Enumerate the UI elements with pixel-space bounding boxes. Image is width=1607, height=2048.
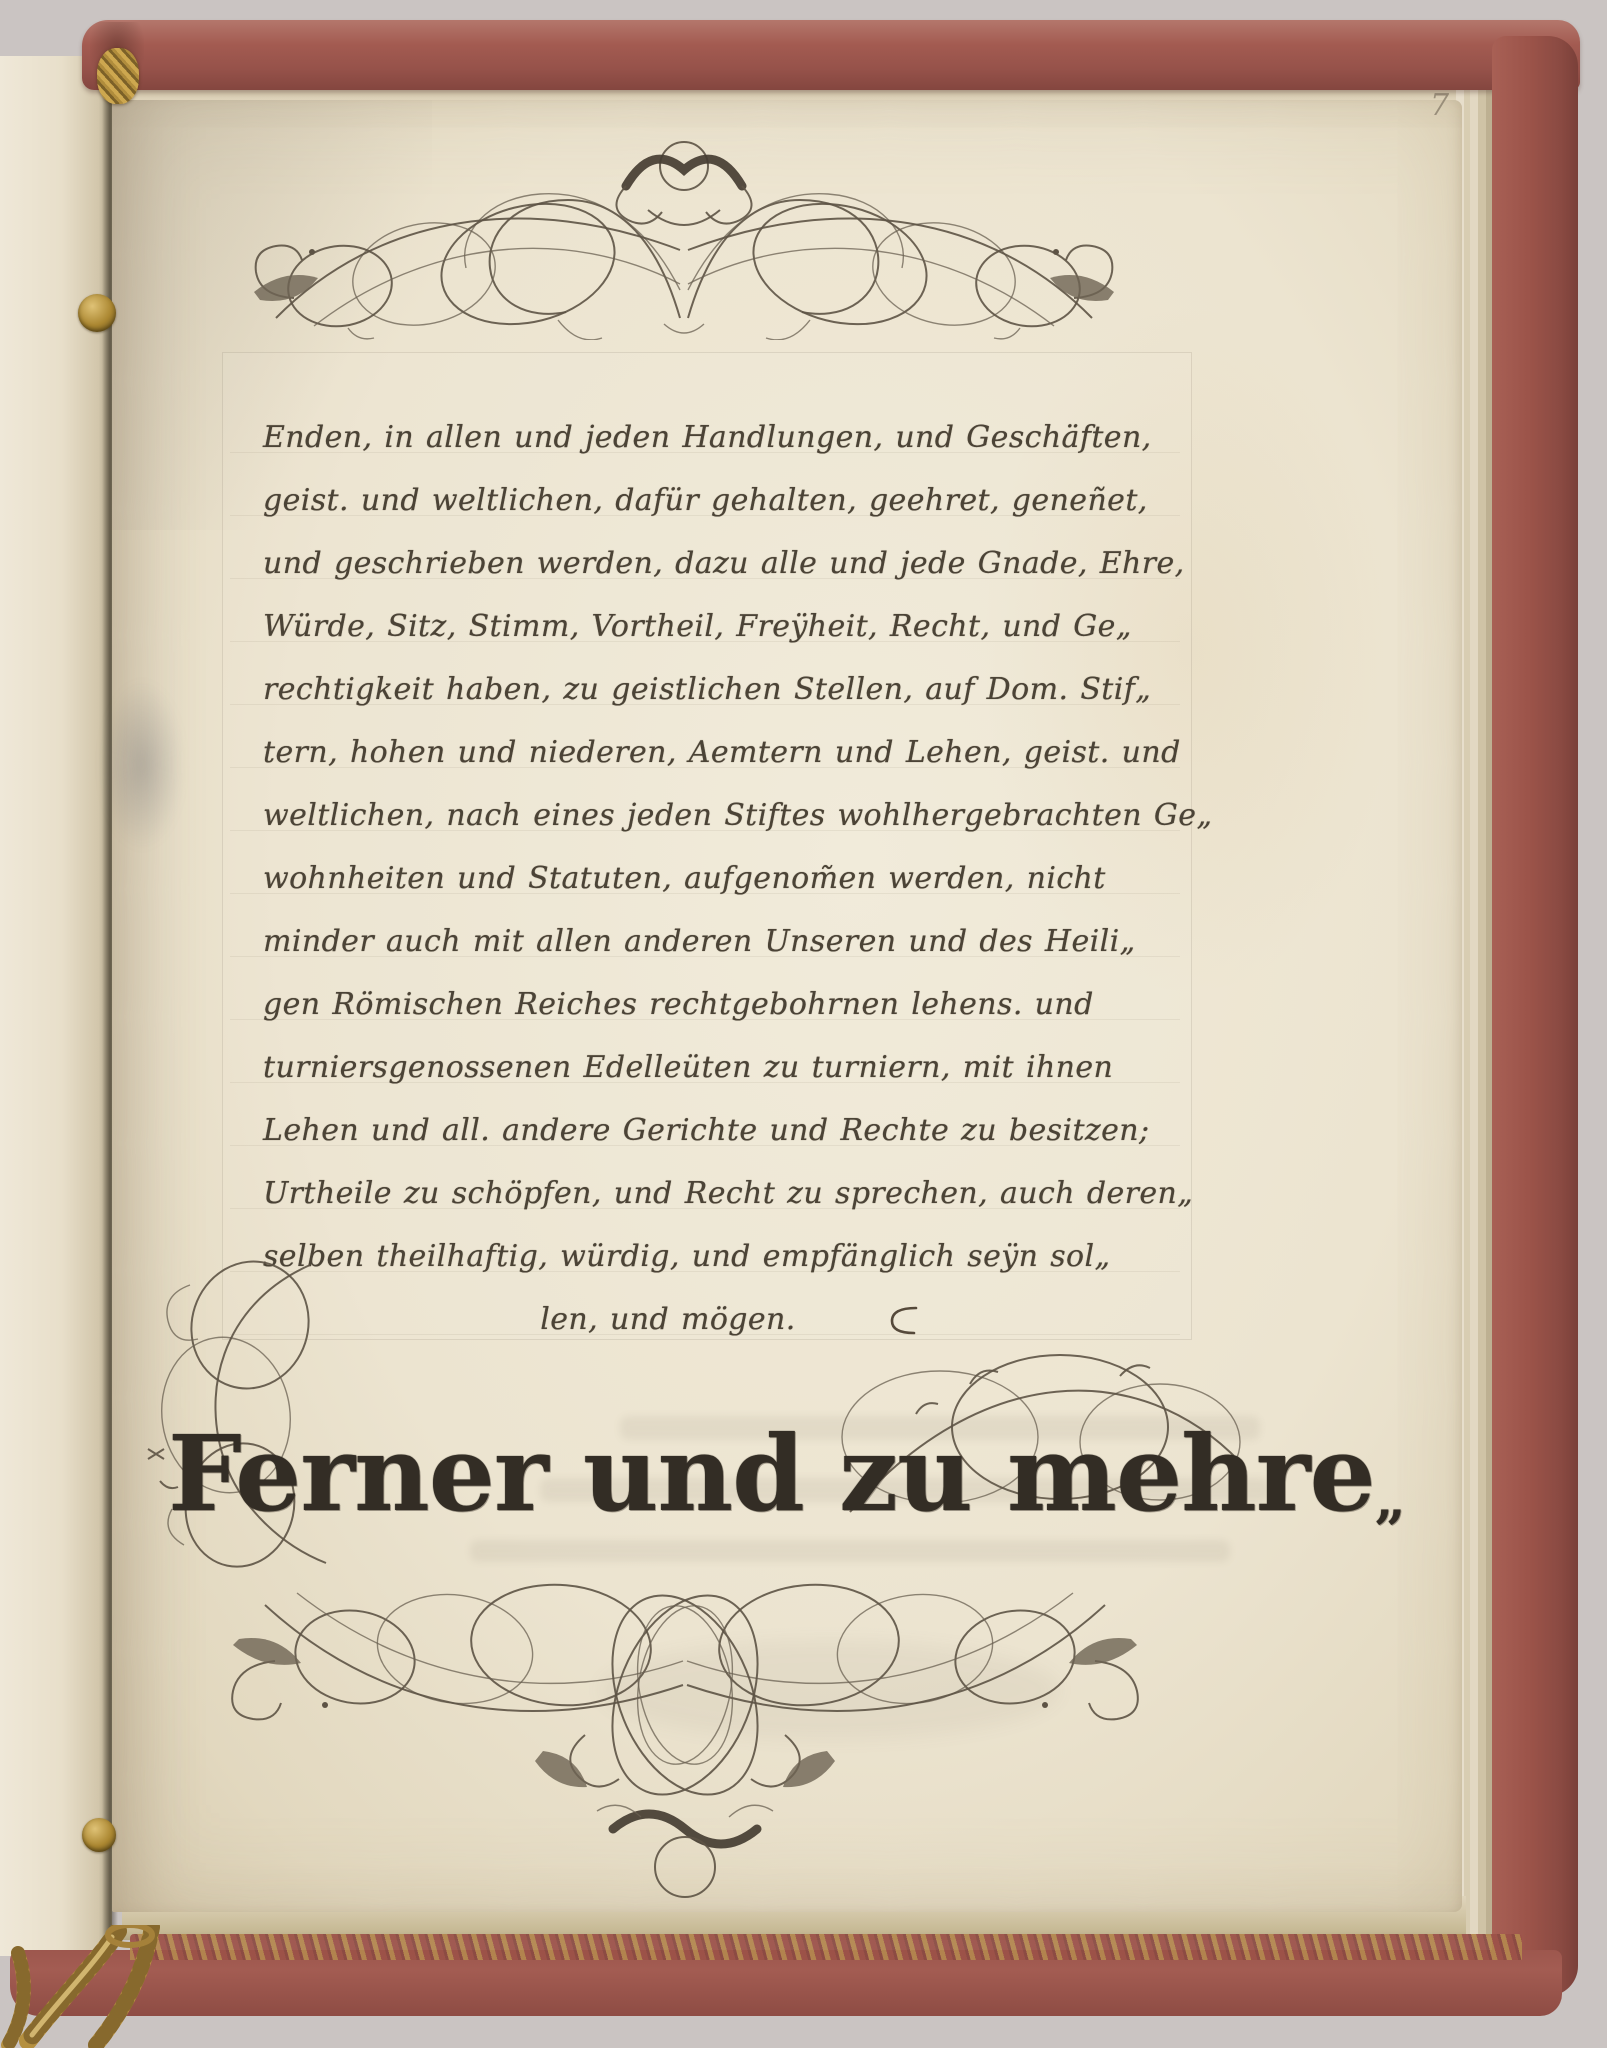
manuscript-text-block: Enden, in allen und jeden Handlungen, un…: [263, 406, 1193, 1351]
text-line: minder auch mit allen anderen Unseren un…: [263, 910, 1193, 973]
text-line: gen Römischen Reiches rechtgebohrnen leh…: [263, 973, 1193, 1036]
text-line: geist. und weltlichen, dafür gehalten, g…: [263, 469, 1193, 532]
bottom-flourish-ornament: [205, 1565, 1165, 1910]
text-line: und geschrieben werden, dazu alle und je…: [263, 532, 1193, 595]
velvet-binding-top: [82, 20, 1580, 90]
text-line: Würde, Sitz, Stimm, Vortheil, Freÿheit, …: [263, 595, 1193, 658]
facing-page-edge: [0, 56, 112, 1956]
text-line: selben theilhaftig, würdig, und empfängl…: [263, 1225, 1193, 1288]
text-line: weltlichen, nach eines jeden Stiftes woh…: [263, 784, 1193, 847]
text-line: tern, hohen und niederen, Aemtern und Le…: [263, 721, 1193, 784]
top-flourish-ornament: [228, 122, 1140, 340]
velvet-binding-right: [1492, 36, 1578, 1996]
showthrough-text: [470, 1540, 1230, 1562]
text-line: Urtheile zu schöpfen, und Recht zu sprec…: [263, 1162, 1193, 1225]
display-heading-text: Ferner und zu mehre: [168, 1412, 1375, 1535]
gold-endband: [97, 48, 139, 104]
gold-thread-button: [82, 1818, 116, 1852]
text-line: turniersgenossenen Edelleüten zu turnier…: [263, 1036, 1193, 1099]
gold-thread-button: [78, 294, 116, 332]
page-stack-right-edge: [1456, 80, 1496, 1936]
text-line: Lehen und all. andere Gerichte und Recht…: [263, 1099, 1193, 1162]
ink-smudge-stain: [100, 680, 184, 850]
text-line: Enden, in allen und jeden Handlungen, un…: [263, 406, 1193, 469]
display-hyphen-mark: „: [1375, 1467, 1406, 1531]
page-number: 7: [1430, 88, 1449, 123]
display-heading: Ferner und zu mehre„: [168, 1412, 1406, 1535]
manuscript-scan: 7 Enden, in alle: [0, 0, 1607, 2048]
text-line: rechtigkeit haben, zu geistlichen Stelle…: [263, 658, 1193, 721]
gold-tassel-cords: [0, 1925, 370, 2048]
text-line: wohnheiten und Statuten, aufgenom̃en wer…: [263, 847, 1193, 910]
